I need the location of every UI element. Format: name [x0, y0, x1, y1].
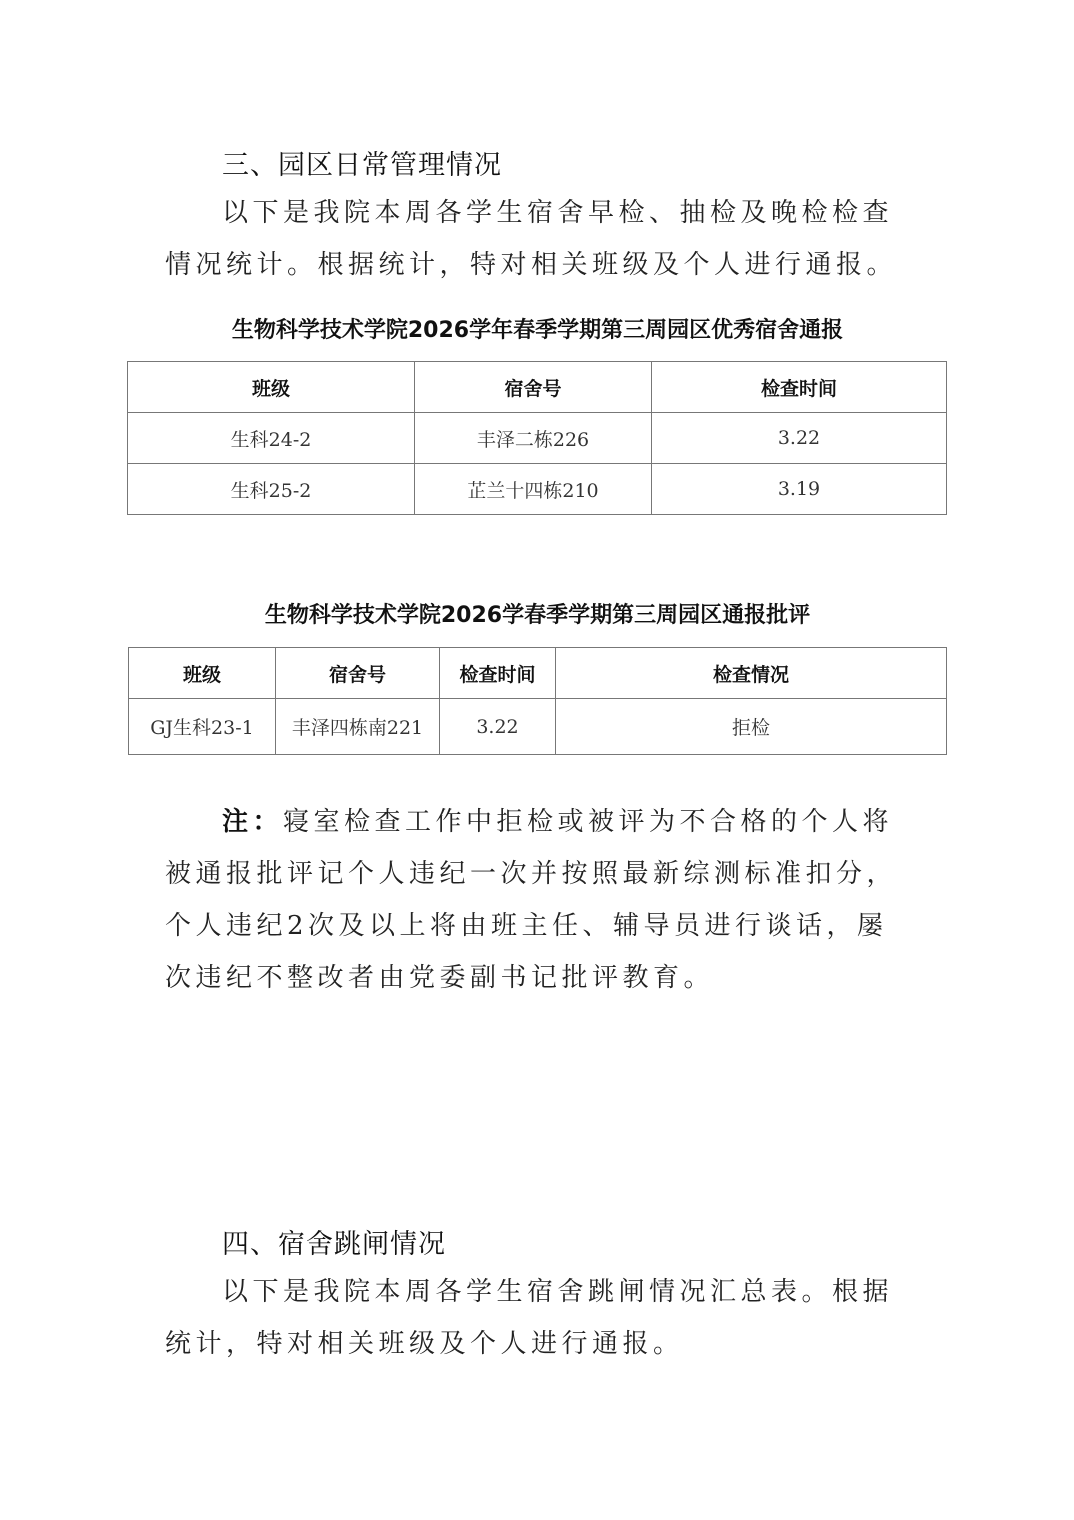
section-4-intro-text: 以下是我院本周各学生宿舍跳闸情况汇总表。根据统计，特对相关班级及个人进行通报。	[165, 1277, 893, 1359]
excellent-dorm-table: 班级 宿舍号 检查时间 生科24-2 丰泽二栋226 3.22 生科25-2 芷…	[127, 361, 947, 515]
header-dorm: 宿舍号	[415, 362, 652, 413]
note-label: 注：	[222, 807, 283, 837]
cell-check-time: 3.22	[440, 699, 556, 755]
cell-check-time: 3.19	[652, 464, 947, 515]
criticism-table: 班级 宿舍号 检查时间 检查情况 GJ生科23-1 丰泽四栋南221 3.22 …	[128, 647, 947, 755]
table-header-row: 班级 宿舍号 检查时间 检查情况	[129, 648, 947, 699]
excellent-table-title: 生物科学技术学院2026学年春季学期第三周园区优秀宿舍通报	[128, 313, 947, 344]
table-row: 生科24-2 丰泽二栋226 3.22	[128, 413, 947, 464]
section-4-intro: 以下是我院本周各学生宿舍跳闸情况汇总表。根据统计，特对相关班级及个人进行通报。	[165, 1266, 915, 1370]
note-paragraph: 注：寝室检查工作中拒检或被评为不合格的个人将被通报批评记个人违纪一次并按照最新综…	[165, 796, 915, 1004]
section-4-heading: 四、宿舍跳闸情况	[222, 1222, 446, 1261]
criticism-table-title: 生物科学技术学院2026学春季学期第三周园区通报批评	[128, 598, 947, 629]
header-check-time: 检查时间	[652, 362, 947, 413]
cell-dorm: 丰泽四栋南221	[276, 699, 440, 755]
cell-check-result: 拒检	[556, 699, 947, 755]
cell-class: 生科24-2	[128, 413, 415, 464]
header-check-time: 检查时间	[440, 648, 556, 699]
section-3-intro-text: 以下是我院本周各学生宿舍早检、抽检及晚检检查情况统计。根据统计，特对相关班级及个…	[165, 198, 897, 280]
cell-class: GJ生科23-1	[129, 699, 276, 755]
header-class: 班级	[128, 362, 415, 413]
cell-class: 生科25-2	[128, 464, 415, 515]
section-3-heading: 三、园区日常管理情况	[222, 143, 502, 182]
header-dorm: 宿舍号	[276, 648, 440, 699]
section-3-intro: 以下是我院本周各学生宿舍早检、抽检及晚检检查情况统计。根据统计，特对相关班级及个…	[165, 187, 915, 291]
cell-check-time: 3.22	[652, 413, 947, 464]
header-check-result: 检查情况	[556, 648, 947, 699]
header-class: 班级	[129, 648, 276, 699]
table-header-row: 班级 宿舍号 检查时间	[128, 362, 947, 413]
cell-dorm: 丰泽二栋226	[415, 413, 652, 464]
table-row: GJ生科23-1 丰泽四栋南221 3.22 拒检	[129, 699, 947, 755]
table-row: 生科25-2 芷兰十四栋210 3.19	[128, 464, 947, 515]
cell-dorm: 芷兰十四栋210	[415, 464, 652, 515]
